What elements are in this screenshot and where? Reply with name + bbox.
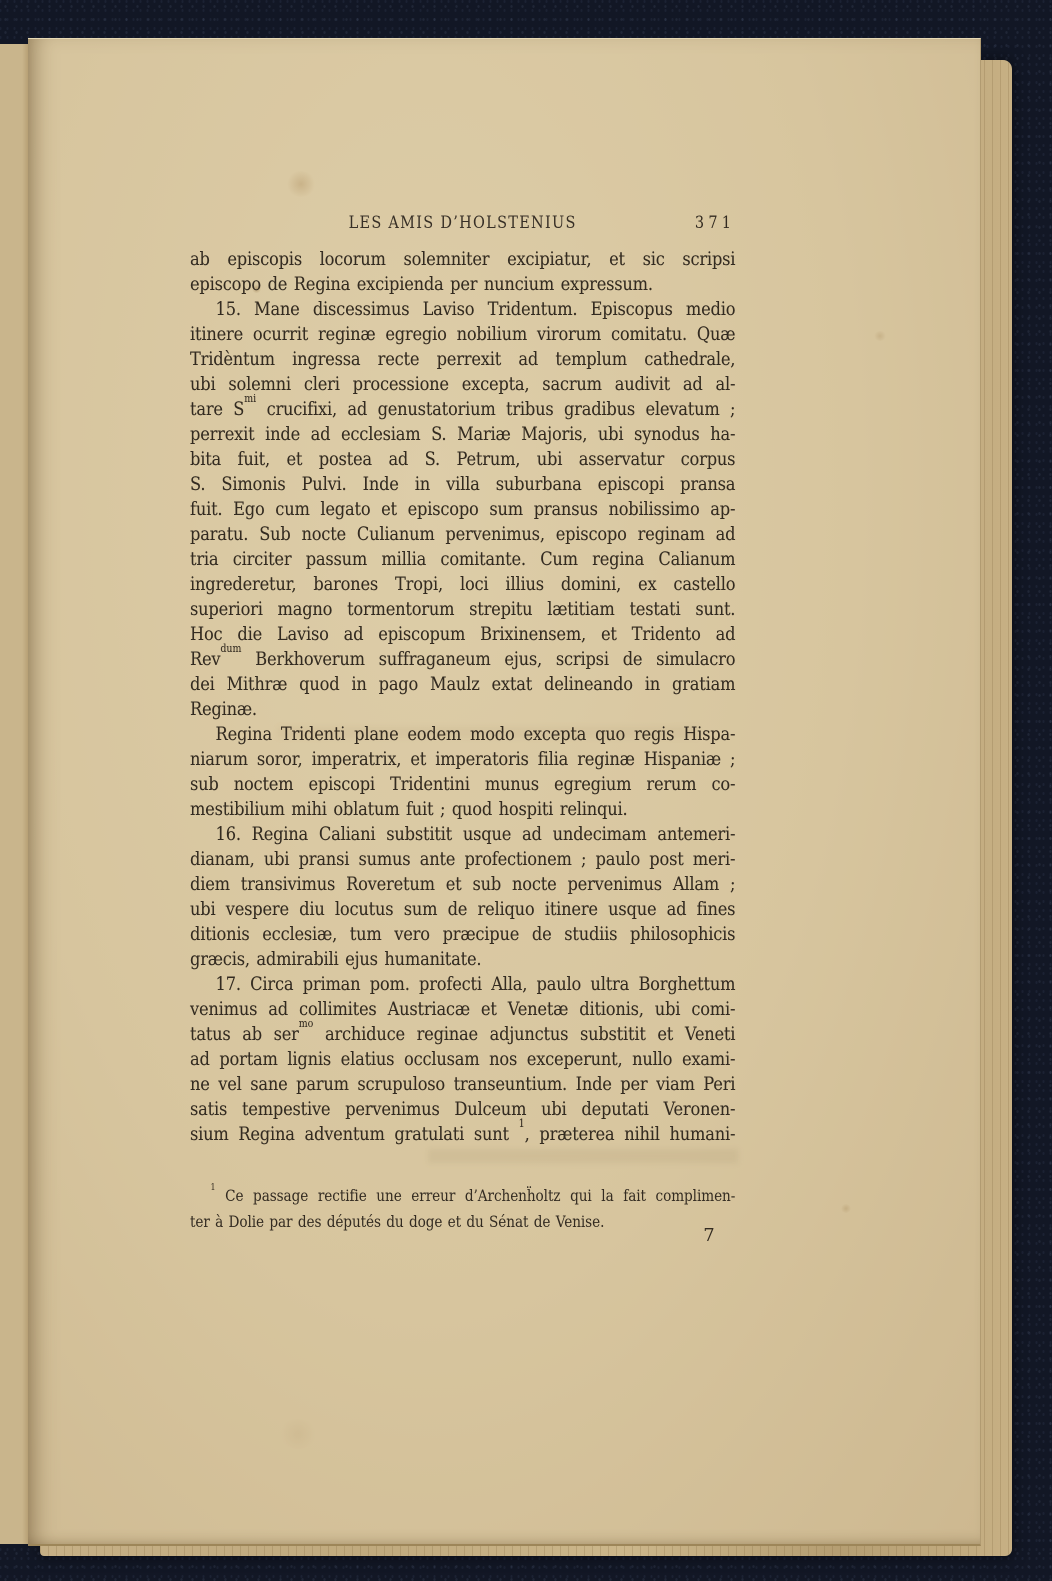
signature-number: 7 [694, 1225, 724, 1246]
text-line: 1 Ce passage rectifie une erreur d’Arche… [190, 1183, 735, 1209]
text-line: Regina Tridenti plane eodem modo excepta… [190, 722, 735, 747]
text-line: ter à Dolie par des députés du doge et d… [190, 1209, 735, 1235]
text-line: perrexit inde ad ecclesiam S. Mariæ Majo… [190, 422, 735, 447]
text-line: mestibilium mihi oblatum fuit ; quod hos… [190, 797, 735, 822]
text-line: ubi solemni cleri processione excepta, s… [190, 372, 735, 397]
paper-stain [874, 331, 886, 341]
text-line: episcopo de Regina excipienda per nunciu… [190, 272, 735, 297]
text-column: LES AMIS D’HOLSTENIUS 371 ab episcopis l… [190, 213, 735, 1235]
text-line: Tridèntum ingressa recte perrexit ad tem… [190, 347, 735, 372]
text-line: paratu. Sub nocte Culianum pervenimus, e… [190, 522, 735, 547]
page-number: 371 [695, 213, 735, 233]
text-line: Revdum Berkhoverum suffraganeum ejus, sc… [190, 647, 735, 672]
paragraph: 16. Regina Caliani substitit usque ad un… [190, 822, 735, 972]
scanned-book-page: LES AMIS D’HOLSTENIUS 371 ab episcopis l… [28, 38, 981, 1546]
paper-stain [841, 1204, 851, 1213]
paragraph: Regina Tridenti plane eodem modo excepta… [190, 722, 735, 822]
paragraph: 17. Circa priman pom. profecti Alla, pau… [190, 972, 735, 1147]
paper-stain [286, 171, 316, 197]
text-line: 17. Circa priman pom. profecti Alla, pau… [190, 972, 735, 997]
text-line: 16. Regina Caliani substitit usque ad un… [190, 822, 735, 847]
text-line: 15. Mane discessimus Laviso Tridentum. E… [190, 297, 735, 322]
running-title: LES AMIS D’HOLSTENIUS [190, 213, 735, 233]
text-line: ubi vespere diu locutus sum de reliquo i… [190, 897, 735, 922]
text-line: diem transivimus Roveretum et sub nocte … [190, 872, 735, 897]
footnote-section: 1 Ce passage rectifie une erreur d’Arche… [190, 1183, 735, 1235]
text-line: tatus ab sermo archiduce reginae adjunct… [190, 1022, 735, 1047]
text-line: ad portam lignis elatius occlusam nos ex… [190, 1047, 735, 1072]
text-line: bita fuit, et postea ad S. Petrum, ubi a… [190, 447, 735, 472]
text-line: fuit. Ego cum legato et episcopo sum pra… [190, 497, 735, 522]
text-line: tria circiter passum millia comitante. C… [190, 547, 735, 572]
text-line: græcis, admirabili ejus humanitate. [190, 947, 735, 972]
text-line: superiori magno tormentorum strepitu læt… [190, 597, 735, 622]
text-line: ab episcopis locorum solemniter excipiat… [190, 247, 735, 272]
paragraph: 1 Ce passage rectifie une erreur d’Arche… [190, 1183, 735, 1235]
body-text: ab episcopis locorum solemniter excipiat… [190, 247, 735, 1147]
text-line: sium Regina adventum gratulati sunt 1, p… [190, 1122, 735, 1147]
paragraph: ab episcopis locorum solemniter excipiat… [190, 247, 735, 297]
page-header: LES AMIS D’HOLSTENIUS 371 [190, 213, 735, 247]
text-line: satis tempestive pervenimus Dulceum ubi … [190, 1097, 735, 1122]
text-line: ingrederetur, barones Tropi, loci illius… [190, 572, 735, 597]
text-line: Hoc die Laviso ad episcopum Brixinensem,… [190, 622, 735, 647]
text-line: ditionis ecclesiæ, tum vero præcipue de … [190, 922, 735, 947]
text-line: itinere ocurrit reginæ egregio nobilium … [190, 322, 735, 347]
text-line: niarum soror, imperatrix, et imperatoris… [190, 747, 735, 772]
paper-stain [278, 1419, 318, 1449]
text-line: ne vel sane parum scrupuloso transeuntiu… [190, 1072, 735, 1097]
text-line: Reginæ. [190, 697, 735, 722]
text-line: dianam, ubi pransi sumus ante profection… [190, 847, 735, 872]
text-line: sub noctem episcopi Tridentini munus egr… [190, 772, 735, 797]
text-line: S. Simonis Pulvi. Inde in villa suburban… [190, 472, 735, 497]
paragraph: 15. Mane discessimus Laviso Tridentum. E… [190, 297, 735, 722]
text-line: tare Smi crucifixi, ad genustatorium tri… [190, 397, 735, 422]
text-line: dei Mithræ quod in pago Maulz extat deli… [190, 672, 735, 697]
book-photo-background: LES AMIS D’HOLSTENIUS 371 ab episcopis l… [0, 0, 1052, 1581]
text-line: venimus ad collimites Austriacæ et Venet… [190, 997, 735, 1022]
